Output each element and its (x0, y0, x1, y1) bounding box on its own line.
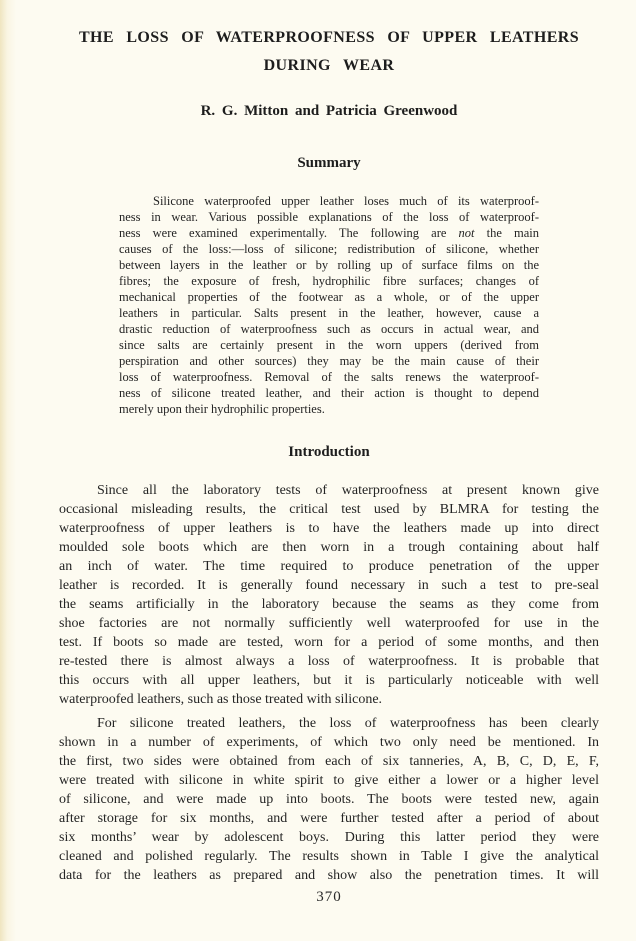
introduction-heading: Introduction (59, 444, 599, 461)
text-line: re-tested there is almost always a loss … (59, 652, 599, 671)
text-line: six months’ wear by adolescent boys. Dur… (59, 828, 599, 847)
text-line: causes of the loss:—loss of silicone; re… (119, 241, 539, 257)
text-line: leather is recorded. It is generally fou… (59, 576, 599, 595)
text-line: ness of silicone treated leather, and th… (119, 385, 539, 401)
text-line: loss of waterproofness. Removal of the s… (119, 369, 539, 385)
text-line: the first, two sides were obtained from … (59, 752, 599, 771)
page-number: 370 (59, 889, 599, 906)
text-line: were treated with silicone in white spir… (59, 771, 599, 790)
text-line: of silicone, and were made up into boots… (59, 790, 599, 809)
text-line: waterproofness of upper leathers is to h… (59, 519, 599, 538)
summary-paragraph: Silicone waterproofed upper leather lose… (119, 193, 539, 417)
text-line: drastic reduction of waterproofness such… (119, 321, 539, 337)
text-line: after storage for six months, and were f… (59, 809, 599, 828)
text-line: waterproofed leathers, such as those tre… (59, 690, 599, 709)
text-line: data for the leathers as prepared and sh… (59, 866, 599, 885)
introduction-paragraph-2: For silicone treated leathers, the loss … (59, 714, 599, 885)
text-line: perspiration and other sources) they may… (119, 353, 539, 369)
text-line: Silicone waterproofed upper leather lose… (119, 193, 539, 209)
text-line: For silicone treated leathers, the loss … (59, 714, 599, 733)
summary-heading: Summary (59, 155, 599, 172)
text-line: since salts are certainly present in the… (119, 337, 539, 353)
paper-title-line-2: DURING WEAR (59, 57, 599, 75)
text-line: this occurs with all upper leathers, but… (59, 671, 599, 690)
text-line: moulded sole boots which are then worn i… (59, 538, 599, 557)
text-line: shoe factories are not normally sufficie… (59, 614, 599, 633)
page-edge-tint (0, 0, 16, 941)
text-line: between layers in the leather or by roll… (119, 257, 539, 273)
authors: R. G. Mitton and Patricia Greenwood (59, 103, 599, 120)
text-line: Since all the laboratory tests of waterp… (59, 481, 599, 500)
page-content: THE LOSS OF WATERPROOFNESS OF UPPER LEAT… (59, 0, 599, 941)
text-line: cleaned and polished regularly. The resu… (59, 847, 599, 866)
text-line: test. If boots so made are tested, worn … (59, 633, 599, 652)
text-line: the seams artificially in the laboratory… (59, 595, 599, 614)
text-line: fibres; the exposure of fresh, hydrophil… (119, 273, 539, 289)
introduction-paragraph-1: Since all the laboratory tests of waterp… (59, 481, 599, 709)
text-line: merely upon their hydrophilic properties… (119, 401, 539, 417)
text-line: ness were examined experimentally. The f… (119, 225, 539, 241)
text-line: an inch of water. The time required to p… (59, 557, 599, 576)
paper-title-line-1: THE LOSS OF WATERPROOFNESS OF UPPER LEAT… (59, 29, 599, 47)
text-line: ness in wear. Various possible explanati… (119, 209, 539, 225)
scanned-page: THE LOSS OF WATERPROOFNESS OF UPPER LEAT… (0, 0, 636, 941)
text-line: shown in a number of experiments, of whi… (59, 733, 599, 752)
text-line: occasional misleading results, the criti… (59, 500, 599, 519)
text-line: leathers in particular. Salts present in… (119, 305, 539, 321)
text-line: mechanical properties of the footwear as… (119, 289, 539, 305)
